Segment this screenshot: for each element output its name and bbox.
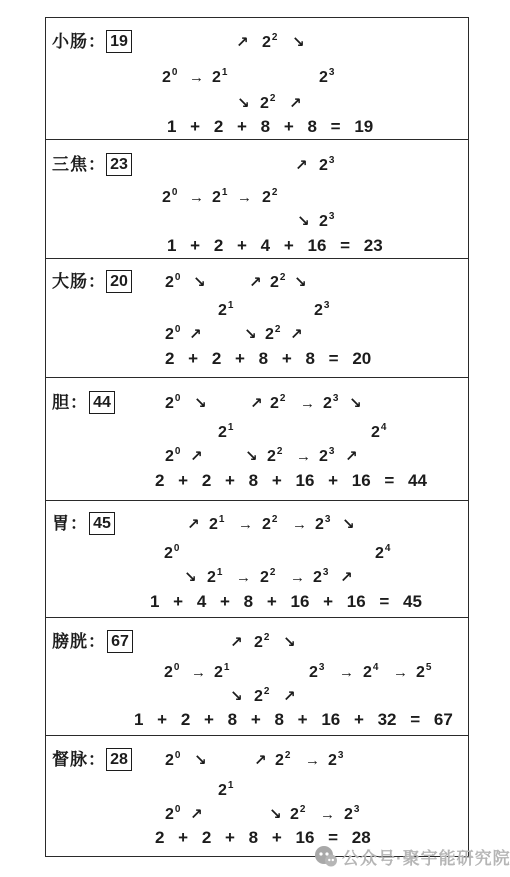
value-box: 19 [106,30,132,53]
power-term: 21 [218,301,233,320]
power-term: 22 [254,633,269,652]
arrow-down-right-icon: ↘ [342,515,355,534]
power-term: 22 [260,94,275,113]
arrow-up-right-icon: ↗ [283,687,296,706]
meridian-label: 大肠： [52,272,106,292]
arrow-right-icon: → [292,515,307,534]
power-term: 23 [319,447,334,466]
power-term: 23 [315,515,330,534]
power-term: 24 [375,544,390,563]
power-term: 20 [165,447,180,466]
arrow-up-right-icon: ↗ [187,515,200,534]
power-term: 21 [218,423,233,442]
value-box: 28 [106,748,132,771]
row-gallbladder: 胆： 44 2 + 2 + 8 + 16 + 16 = 44 20↘↗22→23… [46,378,468,501]
value-box: 23 [106,153,132,176]
arrow-down-right-icon: ↘ [269,805,282,824]
power-term: 23 [313,568,328,587]
value-box: 20 [106,270,132,293]
power-term: 22 [254,687,269,706]
meridian-label: 胆： [52,393,88,413]
row-governing-vessel: 督脉： 28 2 + 2 + 8 + 16 = 28 20↘↗22→232120… [46,736,468,857]
arrow-right-icon: → [290,568,305,587]
power-term: 21 [212,188,227,207]
arrow-down-right-icon: ↘ [237,94,250,113]
arrow-up-right-icon: ↗ [236,33,249,52]
row-bladder: 膀胱： 67 1 + 2 + 8 + 8 + 16 + 32 = 67 ↗22↘… [46,618,468,736]
power-term: 21 [207,568,222,587]
arrow-up-right-icon: ↗ [254,751,267,770]
row-small-intestine: 小肠： 19 1 + 2 + 8 + 8 = 19 ↗22↘20→2123↘22… [46,18,468,140]
power-term: 24 [363,663,378,682]
arrow-down-right-icon: ↘ [297,212,310,231]
meridian-table: 小肠： 19 1 + 2 + 8 + 8 = 19 ↗22↘20→2123↘22… [45,17,469,857]
power-term: 22 [262,188,277,207]
power-term: 22 [290,805,305,824]
power-term: 23 [328,751,343,770]
arrow-down-right-icon: ↘ [292,33,305,52]
arrow-up-right-icon: ↗ [250,394,263,413]
arrow-down-right-icon: ↘ [230,687,243,706]
arrow-right-icon: → [189,188,204,207]
meridian-label: 膀胱： [52,632,106,652]
arrow-up-right-icon: ↗ [190,447,203,466]
arrow-up-right-icon: ↗ [190,805,203,824]
power-term: 23 [319,212,334,231]
value-box: 44 [89,391,115,414]
power-term: 22 [265,325,280,344]
sum-equation: 2 + 2 + 8 + 8 = 20 [165,349,371,369]
power-term: 20 [165,325,180,344]
sum-equation: 1 + 2 + 4 + 16 = 23 [167,236,383,256]
power-term: 21 [209,515,224,534]
power-term: 23 [344,805,359,824]
power-term: 24 [371,423,386,442]
sum-equation: 2 + 2 + 8 + 16 + 16 = 44 [155,471,427,491]
arrow-right-icon: → [296,447,311,466]
arrow-right-icon: → [238,515,253,534]
power-term: 22 [275,751,290,770]
arrow-up-right-icon: ↗ [340,568,353,587]
power-term: 20 [164,663,179,682]
arrow-up-right-icon: ↗ [189,325,202,344]
row-stomach: 胃： 45 1 + 4 + 8 + 16 + 16 = 45 ↗21→22→23… [46,501,468,618]
watermark-text: 公众号·聚宇能研究院 [342,844,510,869]
arrow-down-right-icon: ↘ [294,273,307,292]
arrow-right-icon: → [191,663,206,682]
arrow-down-right-icon: ↘ [193,273,206,292]
power-term: 22 [270,394,285,413]
power-term: 21 [212,68,227,87]
arrow-right-icon: → [339,663,354,682]
arrow-right-icon: → [320,805,335,824]
power-term: 22 [267,447,282,466]
power-term: 23 [314,301,329,320]
arrow-up-right-icon: ↗ [290,325,303,344]
arrow-right-icon: → [237,188,252,207]
arrow-down-right-icon: ↘ [245,447,258,466]
arrow-up-right-icon: ↗ [295,156,308,175]
power-term: 23 [319,68,334,87]
power-term: 21 [214,663,229,682]
power-term: 20 [164,544,179,563]
power-term: 23 [319,156,334,175]
arrow-right-icon: → [393,663,408,682]
arrow-right-icon: → [305,751,320,770]
power-term: 22 [262,515,277,534]
power-term: 22 [260,568,275,587]
arrow-up-right-icon: ↗ [289,94,302,113]
meridian-label: 胃： [52,514,88,534]
row-large-intestine: 大肠： 20 2 + 2 + 8 + 8 = 20 20↘↗22↘212320↗… [46,259,468,378]
sum-equation: 1 + 2 + 8 + 8 + 16 + 32 = 67 [134,710,453,730]
power-term: 23 [309,663,324,682]
arrow-down-right-icon: ↘ [194,394,207,413]
power-term: 20 [162,68,177,87]
wechat-official-account-icon [314,845,338,869]
arrow-down-right-icon: ↘ [194,751,207,770]
power-term: 22 [262,33,277,52]
sum-equation: 1 + 4 + 8 + 16 + 16 = 45 [150,592,422,612]
sum-equation: 1 + 2 + 8 + 8 = 19 [167,117,373,137]
power-term: 23 [323,394,338,413]
meridian-label: 小肠： [52,32,106,52]
arrow-right-icon: → [189,68,204,87]
arrow-down-right-icon: ↘ [283,633,296,652]
power-term: 22 [270,273,285,292]
watermark: 公众号·聚宇能研究院 [314,844,510,869]
arrow-up-right-icon: ↗ [345,447,358,466]
value-box: 45 [89,512,115,535]
row-triple-burner: 三焦： 23 1 + 2 + 4 + 16 = 23 ↗2320→21→22↘2… [46,140,468,259]
power-term: 20 [165,394,180,413]
arrow-down-right-icon: ↘ [244,325,257,344]
power-term: 20 [165,751,180,770]
arrow-up-right-icon: ↗ [249,273,262,292]
power-term: 25 [416,663,431,682]
arrow-right-icon: → [300,394,315,413]
arrow-down-right-icon: ↘ [184,568,197,587]
meridian-label: 三焦： [52,155,106,175]
power-term: 20 [165,805,180,824]
value-box: 67 [107,630,133,653]
arrow-down-right-icon: ↘ [349,394,362,413]
arrow-up-right-icon: ↗ [230,633,243,652]
meridian-label: 督脉： [52,750,106,770]
power-term: 20 [162,188,177,207]
power-term: 21 [218,781,233,800]
power-term: 20 [165,273,180,292]
arrow-right-icon: → [236,568,251,587]
